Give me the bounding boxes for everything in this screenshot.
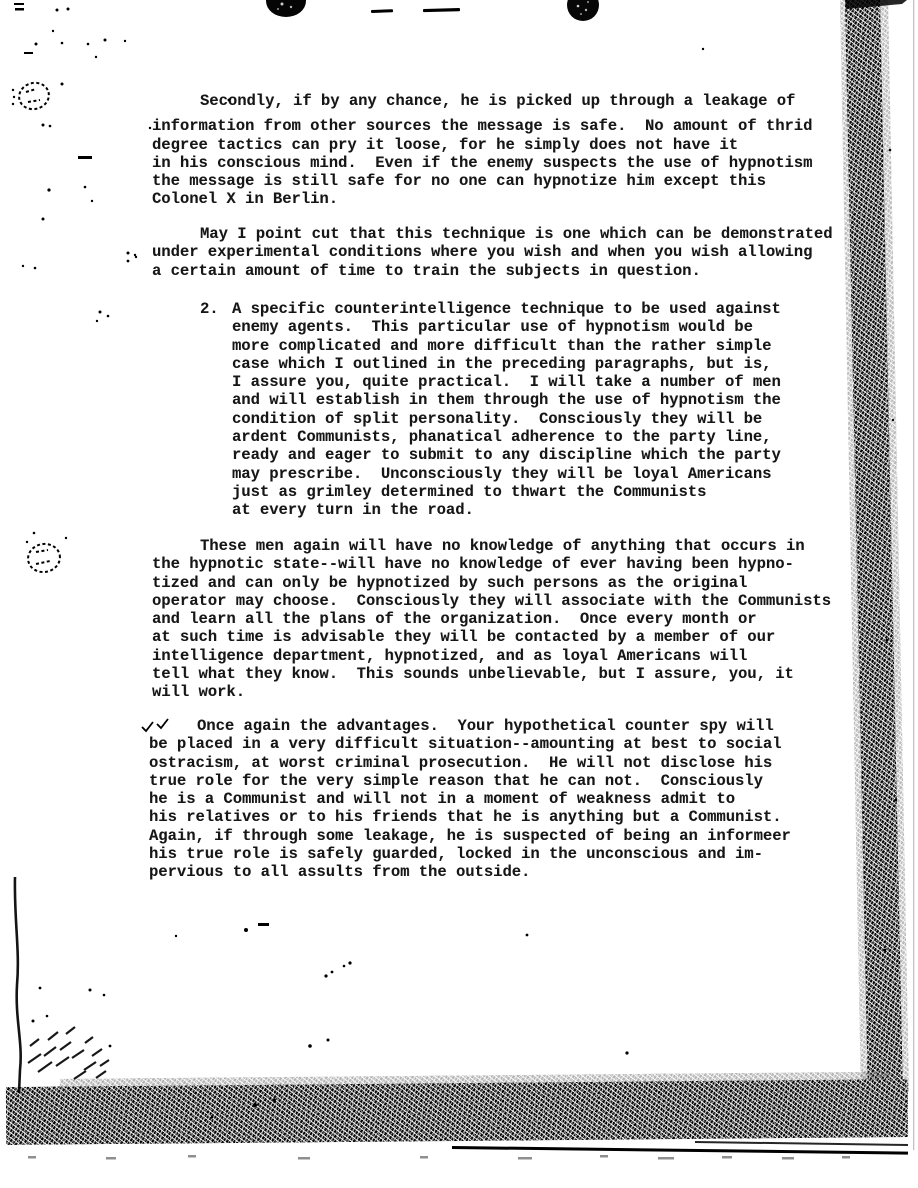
list-item-number: 2. <box>200 300 232 318</box>
page-edge-line <box>913 0 914 1150</box>
top-dash-2 <box>423 8 460 12</box>
text-line: enemy agents. This particular use of hyp… <box>232 318 781 336</box>
left-edge-line <box>15 877 21 1093</box>
text-line: the message is still safe for no one can… <box>152 172 812 190</box>
bottom-edge-scan-band <box>6 1079 908 1145</box>
text-line: tized and can only be hypnotized by such… <box>152 574 831 592</box>
bottom-band-tail-line-2 <box>695 1141 908 1146</box>
text-line: These men again will have no knowledge o… <box>200 537 831 555</box>
text-line: May I point cut that this technique is o… <box>200 225 833 243</box>
text-line: at such time is advisable they will be c… <box>152 628 831 646</box>
text-line: may prescribe. Unconsciously they will b… <box>232 465 781 483</box>
text-line: will work. <box>152 683 831 701</box>
pen-scribble-middle <box>26 541 62 574</box>
text-line: Once again the advantages. Your hypothet… <box>197 717 791 735</box>
text-line: Again, if through some leakage, he is su… <box>149 827 791 845</box>
paragraph-once-again: Once again the advantages. Your hypothet… <box>149 717 791 882</box>
text-line: he is a Communist and will not in a mome… <box>149 790 791 808</box>
paragraph-may-i-point: May I point cut that this technique is o… <box>152 225 833 280</box>
punch-hole-left-icon <box>266 0 306 17</box>
text-line: Secondly, if by any chance, he is picked… <box>200 92 812 110</box>
text-line: and will establish in them through the u… <box>232 391 781 409</box>
text-line: operator may choose. Consciously they wi… <box>152 592 831 610</box>
punch-hole-right-icon <box>567 0 599 21</box>
text-line: more complicated and more difficult than… <box>232 337 781 355</box>
text-line: be placed in a very difficult situation-… <box>149 735 791 753</box>
text-line: true role for the very simple reason tha… <box>149 772 791 790</box>
text-line: ready and eager to submit to any discipl… <box>232 446 781 464</box>
text-line: at every turn in the road. <box>232 501 781 519</box>
text-line: just as grimley determined to thwart the… <box>232 483 781 501</box>
top-dash-1 <box>371 9 393 13</box>
bottom-dash-row <box>28 1155 850 1160</box>
text-line: I assure you, quite practical. I will ta… <box>232 373 781 391</box>
list-item-2: 2. A specific counterintelligence techni… <box>200 300 781 520</box>
text-line: information from other sources the messa… <box>152 117 812 135</box>
text-line: under experimental conditions where you … <box>152 243 833 261</box>
text-line: a certain amount of time to train the su… <box>152 262 833 280</box>
text-line: ardent Communists, phanatical adherence … <box>232 428 781 446</box>
bottom-left-ink-cluster <box>28 1027 109 1079</box>
text-line: A specific counterintelligence technique… <box>232 300 781 318</box>
text-line: Colonel X in Berlin. <box>152 190 812 208</box>
text-line: case which I outlined in the preceding p… <box>232 355 781 373</box>
text-line: in his conscious mind. Even if the enemy… <box>152 154 812 172</box>
text-line: degree tactics can pry it loose, for he … <box>152 136 812 154</box>
pen-scribble-top <box>16 80 52 113</box>
text-line: his relatives or to his friends that he … <box>149 808 791 826</box>
text-line: intelligence department, hypnotized, and… <box>152 647 831 665</box>
paragraph-secondly: Secondly, if by any chance, he is picked… <box>152 99 812 209</box>
text-line: ostracism, at worst criminal prosecution… <box>149 754 791 772</box>
text-line: the hypnotic state--will have no knowled… <box>152 555 831 573</box>
scanned-document-page: Secondly, if by any chance, he is picked… <box>0 0 918 1188</box>
text-line: and learn all the plans of the organizat… <box>152 610 831 628</box>
text-line: pervious to all assults from the outside… <box>149 863 791 881</box>
paragraph-these-men: These men again will have no knowledge o… <box>152 537 831 702</box>
text-line: his true role is safely guarded, locked … <box>149 845 791 863</box>
list-item-text: A specific counterintelligence technique… <box>232 300 781 520</box>
text-line: tell what they know. This sounds unbelie… <box>152 665 831 683</box>
text-line: condition of split personality. Consciou… <box>232 410 781 428</box>
bottom-band-tail-line <box>452 1146 908 1155</box>
